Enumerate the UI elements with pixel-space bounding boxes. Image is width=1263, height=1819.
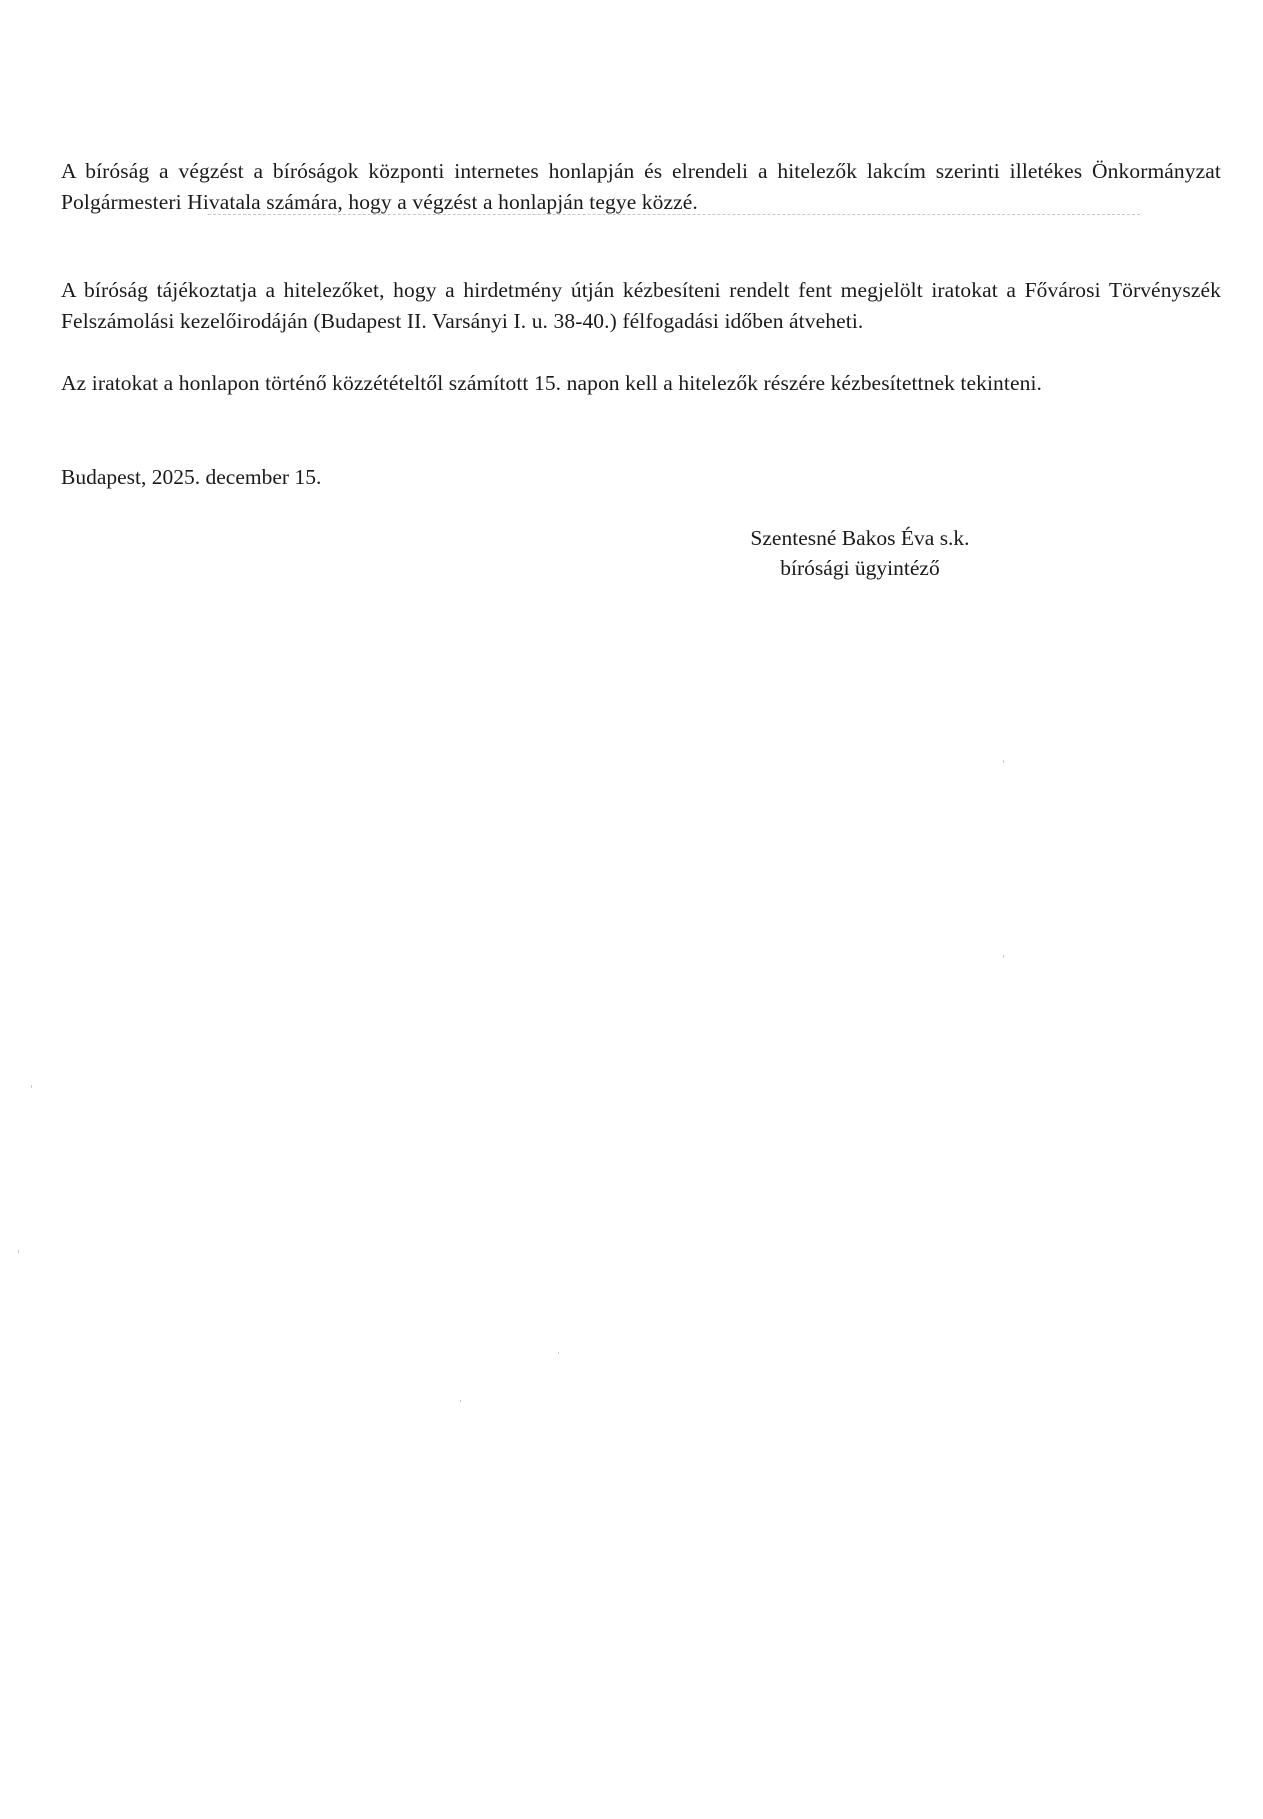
scan-speck — [558, 1352, 559, 1354]
place-and-date: Budapest, 2025. december 15. — [61, 462, 321, 493]
scan-speck — [31, 1085, 32, 1088]
signer-title: bírósági ügyintéző — [700, 553, 1020, 583]
scan-speck — [1003, 760, 1004, 763]
paragraph-document-collection: A bíróság tájékoztatja a hitelezőket, ho… — [61, 275, 1221, 337]
scan-speck — [1003, 955, 1004, 958]
paragraph-delivery-deadline: Az iratokat a honlapon történő közzététe… — [61, 368, 1221, 399]
scan-speck — [18, 1250, 19, 1253]
signature-block: Szentesné Bakos Éva s.k. bírósági ügyint… — [700, 523, 1020, 583]
scan-underline-artifact — [208, 214, 1140, 215]
paragraph-publication-order: A bíróság a végzést a bíróságok központi… — [61, 156, 1221, 218]
document-page: A bíróság a végzést a bíróságok központi… — [0, 0, 1263, 1819]
scan-speck — [460, 1400, 461, 1402]
signer-name: Szentesné Bakos Éva s.k. — [700, 523, 1020, 553]
